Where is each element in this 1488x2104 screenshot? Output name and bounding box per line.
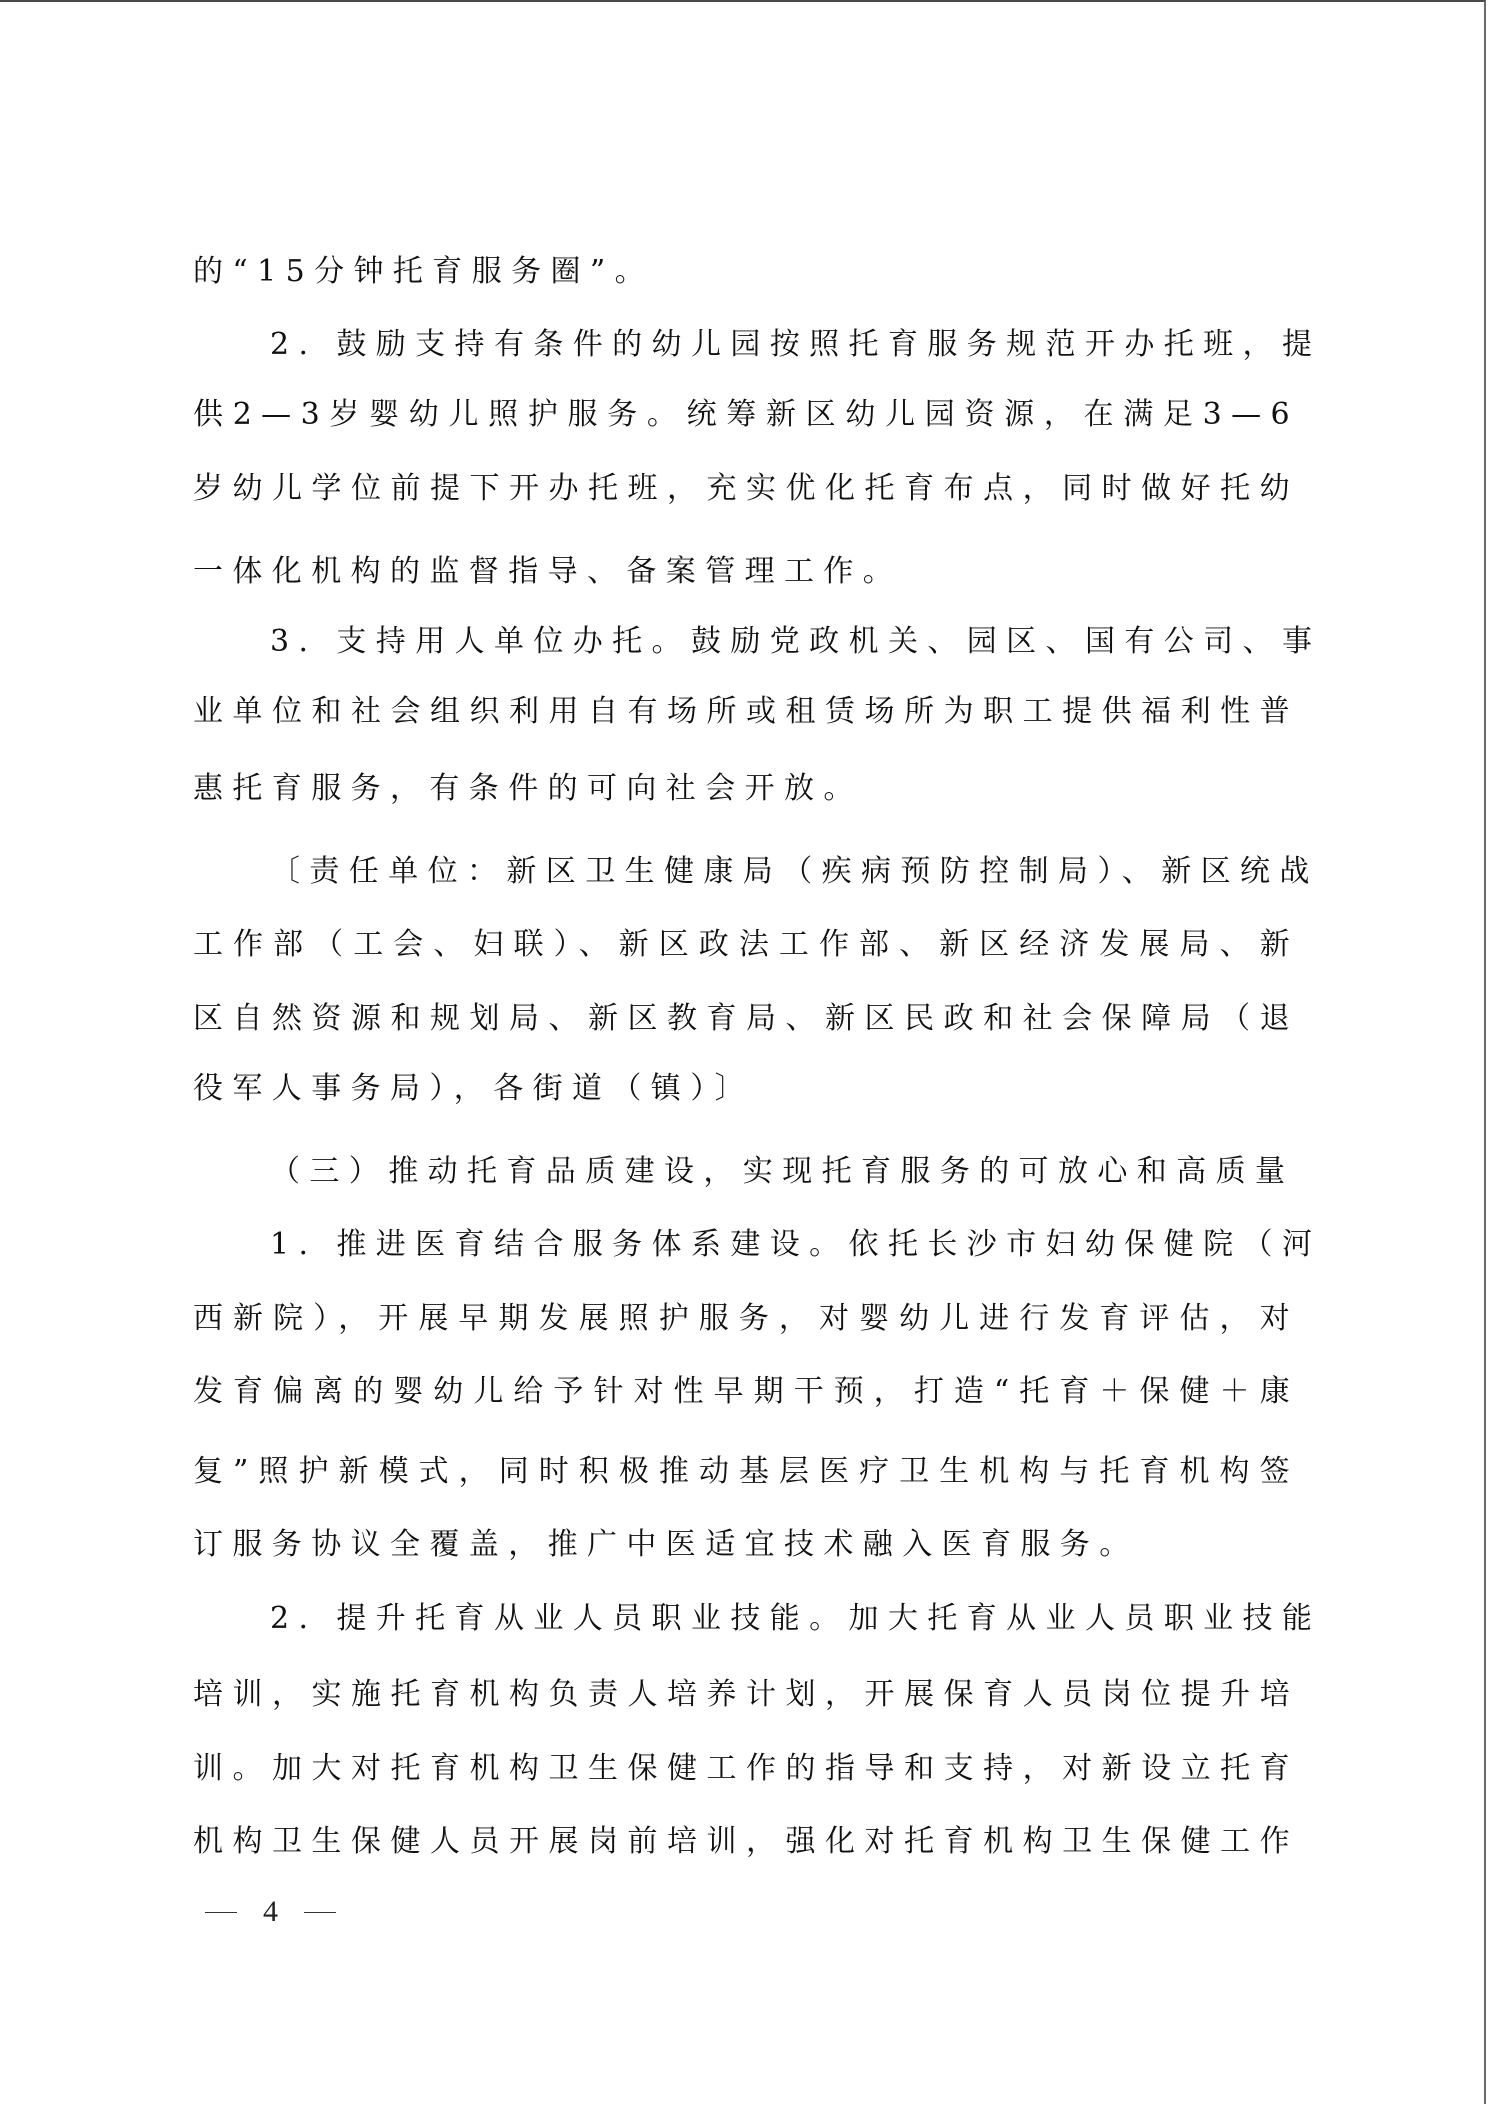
text-line: 一体化机构的监督指导、备案管理工作。	[193, 550, 1299, 594]
page-number: 4	[205, 1890, 336, 1934]
text-line: 培训，实施托育机构负责人培养计划，开展保育人员岗位提升培	[193, 1673, 1299, 1717]
responsible-units-start: 〔责任单位：新区卫生健康局（疾病预防控制局）、新区统战	[270, 850, 1299, 894]
text-line: 惠托育服务，有条件的可向社会开放。	[193, 767, 1299, 811]
text-line: 岁幼儿学位前提下开办托班，充实优化托育布点，同时做好托幼	[193, 467, 1299, 511]
text-line: 订服务协议全覆盖，推广中医适宜技术融入医育服务。	[193, 1523, 1299, 1567]
text-line: 机构卫生保健人员开展岗前培训，强化对托育机构卫生保健工作	[193, 1820, 1299, 1864]
paragraph-item-2b-start: 2. 提升托育从业人员职业技能。加大托育从业人员职业技能	[270, 1597, 1299, 1641]
text-line: 西新院），开展早期发展照护服务，对婴幼儿进行发育评估，对	[193, 1297, 1299, 1341]
dash-right	[304, 1912, 336, 1913]
page-number-value: 4	[263, 1890, 278, 1934]
text-line: 业单位和社会组织利用自有场所或租赁场所为职工提供福利性普	[193, 690, 1299, 734]
dash-left	[205, 1912, 237, 1913]
text-line: 的“15分钟托育服务圈”。	[193, 250, 1299, 294]
paragraph-item-2-start: 2. 鼓励支持有条件的幼儿园按照托育服务规范开办托班，提	[270, 323, 1299, 367]
text-line: 区自然资源和规划局、新区教育局、新区民政和社会保障局（退	[193, 997, 1299, 1041]
paragraph-item-1-start: 1. 推进医育结合服务体系建设。依托长沙市妇幼保健院（河	[270, 1223, 1299, 1267]
text-line: 复”照护新模式，同时积极推动基层医疗卫生机构与托育机构签	[193, 1450, 1299, 1494]
text-line: 役军人事务局），各街道（镇）〕	[193, 1067, 1299, 1111]
text-line: 工作部（工会、妇联）、新区政法工作部、新区经济发展局、新	[193, 923, 1299, 967]
text-line: 供2—3岁婴幼儿照护服务。统筹新区幼儿园资源，在满足3—6	[193, 393, 1299, 437]
section-heading: （三）推动托育品质建设，实现托育服务的可放心和高质量	[270, 1150, 1299, 1194]
document-page: 的“15分钟托育服务圈”。 2. 鼓励支持有条件的幼儿园按照托育服务规范开办托班…	[0, 0, 1486, 2104]
text-line: 发育偏离的婴幼儿给予针对性早期干预，打造“托育＋保健＋康	[193, 1370, 1299, 1414]
paragraph-item-3-start: 3. 支持用人单位办托。鼓励党政机关、园区、国有公司、事	[270, 620, 1299, 664]
text-line: 训。加大对托育机构卫生保健工作的指导和支持，对新设立托育	[193, 1747, 1299, 1791]
